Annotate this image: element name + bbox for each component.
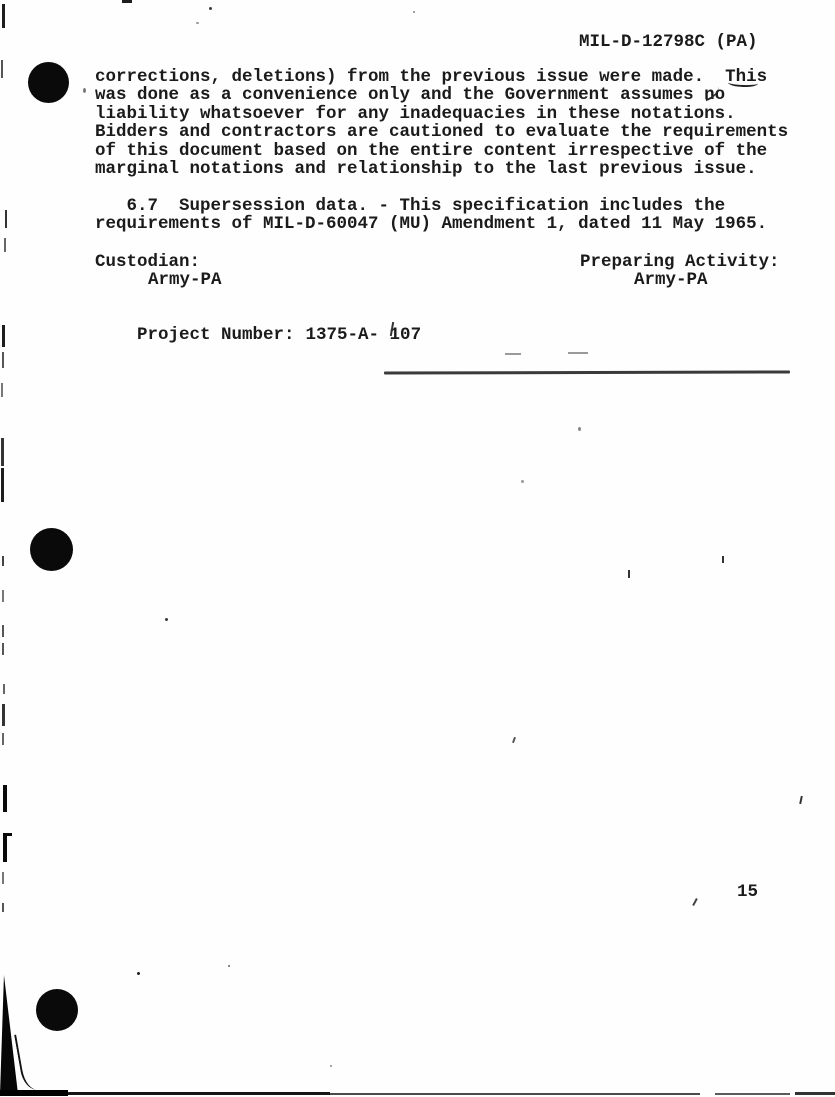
supersession-paragraph: 6.7 Supersession data. - This specificat…: [95, 197, 767, 234]
project-number-value: 1375-A- 107: [306, 325, 422, 345]
scan-artifact: [1, 383, 3, 397]
body-paragraph: corrections, deletions) from the previou…: [95, 68, 788, 178]
scan-artifact: [2, 556, 4, 566]
scanned-page: MIL-D-12798C (PA) corrections, deletions…: [0, 0, 835, 1097]
scan-artifact: [2, 872, 4, 884]
scan-speck: [578, 427, 581, 431]
scan-artifact: [2, 625, 4, 637]
scan-speck: [512, 737, 516, 743]
bottom-edge-line: [330, 1093, 700, 1095]
scan-artifact: [2, 903, 4, 912]
paragraph-line: was done as a convenience only and the G…: [95, 86, 788, 104]
scan-artifact: [3, 833, 7, 862]
bottom-edge-line: [0, 1090, 68, 1096]
faint-dash-mark: [568, 352, 588, 354]
divider-line: [384, 370, 790, 374]
scan-artifact: [1, 438, 4, 466]
comma-artifact: [692, 898, 698, 906]
custodian-label: Custodian:: [95, 253, 222, 271]
scan-artifact: [122, 0, 132, 3]
paragraph-line: Bidders and contractors are cautioned to…: [95, 123, 788, 141]
scan-speck: [521, 480, 524, 483]
paragraph-line: liability whatsoever for any inadequacie…: [95, 105, 788, 123]
punch-hole: [30, 528, 73, 571]
paragraph-line: of this document based on the entire con…: [95, 142, 788, 160]
scan-artifact: [2, 325, 5, 347]
project-number-label: Project Number:: [137, 325, 295, 345]
scan-speck: [330, 1065, 332, 1067]
preparing-activity-block: Preparing Activity: Army-PA: [580, 253, 780, 290]
corner-fold-mark: [14, 1032, 40, 1092]
scan-artifact: [4, 238, 6, 252]
scan-artifact: [2, 643, 4, 655]
custodian-value: Army-PA: [95, 271, 222, 289]
scan-artifact: [3, 785, 7, 812]
scan-speck: [799, 796, 803, 804]
custodian-block: Custodian: Army-PA: [95, 253, 222, 290]
scan-artifact: [2, 4, 5, 28]
scan-artifact: [6, 833, 12, 836]
scan-artifact: [5, 210, 7, 228]
punch-hole: [36, 989, 78, 1031]
scan-speck: [165, 618, 168, 621]
scan-speck: [137, 972, 140, 975]
scan-speck: [228, 965, 230, 967]
scan-artifact: [1, 468, 4, 502]
bottom-edge-line: [795, 1092, 835, 1095]
scan-artifact: [3, 684, 5, 694]
paragraph-line: marginal notations and relationship to t…: [95, 160, 788, 178]
page-number: 15: [737, 883, 758, 901]
faint-dash-mark: [505, 353, 521, 355]
spec-reference: MIL-D-12798C (PA): [579, 33, 758, 51]
bottom-edge-line: [715, 1093, 790, 1095]
paragraph-line: corrections, deletions) from the previou…: [95, 68, 788, 86]
project-number-line: Project Number:1375-A- 107: [95, 308, 421, 363]
scan-speck: [413, 11, 415, 13]
scan-speck: [628, 570, 630, 578]
scan-speck: [196, 22, 199, 24]
preparing-activity-value: Army-PA: [580, 271, 780, 289]
scan-speck: [209, 7, 212, 10]
scan-speck: [722, 556, 724, 563]
paragraph-line: requirements of MIL-D-60047 (MU) Amendme…: [95, 215, 767, 233]
scan-artifact: [1, 60, 3, 78]
scan-artifact: [2, 704, 5, 726]
scan-artifact: [2, 352, 4, 368]
scan-artifact: [2, 733, 4, 745]
paragraph-line: 6.7 Supersession data. - This specificat…: [95, 197, 767, 215]
punch-hole: [28, 62, 69, 103]
preparing-activity-label: Preparing Activity:: [580, 253, 780, 271]
scan-speck: [83, 88, 86, 93]
scan-artifact: [2, 590, 4, 602]
bottom-edge-line: [68, 1092, 330, 1095]
